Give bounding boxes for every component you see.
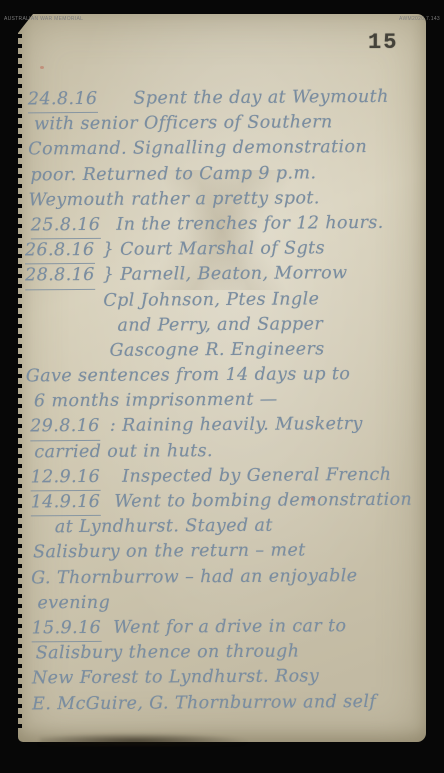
entry-text: Went to bombing demonstration: [114, 490, 412, 512]
entry-date: 14.9.16: [31, 490, 101, 517]
entry-text: : Raining heavily. Musketry: [110, 414, 363, 436]
entry-text: carried out in huts.: [34, 441, 213, 462]
diary-line: 28.8.16} Parnell, Beaton, Morrow: [25, 261, 423, 289]
diary-line: Salisbury on the return – met: [33, 538, 425, 566]
diary-line: 15.9.16Went for a drive in car to: [31, 614, 425, 642]
diary-line: 24.8.16Spent the day at Weymouth: [28, 85, 422, 113]
entry-date: 12.9.16: [30, 465, 100, 492]
diary-line: Gascogne R. Engineers: [110, 336, 424, 363]
diary-line: at Lyndhurst. Stayed at: [55, 513, 425, 541]
diary-line: 12.9.16Inspected by General French: [30, 462, 424, 490]
diary-line: Gave sentences from 14 days up to: [26, 362, 424, 390]
diary-line: 26.8.16} Court Marshal of Sgts: [25, 236, 423, 264]
archive-name-caption: AUSTRALIAN WAR MEMORIAL: [4, 16, 83, 22]
entry-date: 24.8.16: [28, 87, 98, 114]
paper-crinkle-shadow: [40, 733, 250, 747]
entry-text: In the trenches for 12 hours.: [116, 213, 383, 235]
entry-date: 25.8.16: [31, 213, 101, 240]
diary-line: New Forest to Lyndhurst. Rosy: [32, 664, 426, 692]
diary-line: Cpl Johnson, Ptes Ingle: [103, 286, 423, 313]
entry-text: at Lyndhurst. Stayed at: [55, 516, 273, 538]
entry-text: poor. Returned to Camp 9 p.m.: [30, 163, 316, 185]
entry-text: with senior Officers of Southern: [34, 112, 333, 134]
entry-text: 6 months imprisonment —: [34, 390, 278, 412]
entry-text: Salisbury thence on through: [36, 642, 300, 664]
entry-text: Went for a drive in car to: [113, 616, 346, 638]
diary-line: G. Thornburrow – had an enjoyable: [31, 563, 425, 591]
entry-date: 29.8.16: [30, 414, 100, 441]
ink-speck: [40, 66, 44, 69]
entry-text: } Parnell, Beaton, Morrow: [103, 263, 348, 285]
diary-line: 25.8.16In the trenches for 12 hours.: [31, 211, 423, 239]
entry-text: Weymouth rather a pretty spot.: [29, 188, 320, 210]
diary-line: and Perry, and Sapper: [117, 311, 423, 338]
entry-text: Command. Signalling demonstration: [28, 137, 367, 159]
entry-date: 26.8.16: [25, 238, 95, 265]
entry-text: Spent the day at Weymouth: [133, 87, 388, 109]
diary-line: with senior Officers of Southern: [34, 110, 422, 138]
scan-footer-bar: [0, 747, 444, 773]
diary-line: Weymouth rather a pretty spot.: [29, 185, 423, 213]
entry-date: 28.8.16: [25, 263, 95, 290]
entry-text: evening: [37, 593, 110, 614]
entry-text: } Court Marshal of Sgts: [102, 238, 325, 260]
diary-line: 14.9.16Went to bombing demonstration: [31, 488, 425, 516]
archive-id-caption: AWM2020.7.143: [399, 16, 440, 22]
entry-text: G. Thornburrow – had an enjoyable: [31, 566, 357, 588]
diary-line: poor. Returned to Camp 9 p.m.: [30, 160, 422, 188]
entry-text: Inspected by General French: [122, 465, 391, 487]
page-number-stamp: 15: [368, 30, 398, 55]
diary-line: Command. Signalling demonstration: [28, 135, 422, 163]
diary-line: evening: [37, 588, 425, 616]
diary-line: 6 months imprisonment —: [34, 387, 424, 415]
perforated-edge: [14, 34, 22, 730]
diary-lines: 24.8.16Spent the day at Weymouth with se…: [24, 85, 426, 717]
diary-line: 29.8.16: Raining heavily. Musketry: [30, 412, 424, 440]
entry-text: Salisbury on the return – met: [33, 541, 306, 563]
entry-text: E. McGuire, G. Thornburrow and self: [32, 691, 376, 713]
entry-text: Cpl Johnson, Ptes Ingle: [103, 289, 319, 311]
diary-line: E. McGuire, G. Thornburrow and self: [32, 689, 426, 717]
entry-date: 15.9.16: [31, 616, 101, 643]
entry-text: Gave sentences from 14 days up to: [26, 364, 351, 386]
entry-text: and Perry, and Sapper: [117, 314, 323, 335]
entry-text: New Forest to Lyndhurst. Rosy: [32, 667, 319, 689]
diary-line: Salisbury thence on through: [36, 639, 426, 667]
entry-text: Gascogne R. Engineers: [110, 339, 325, 361]
diary-line: carried out in huts.: [34, 437, 424, 465]
